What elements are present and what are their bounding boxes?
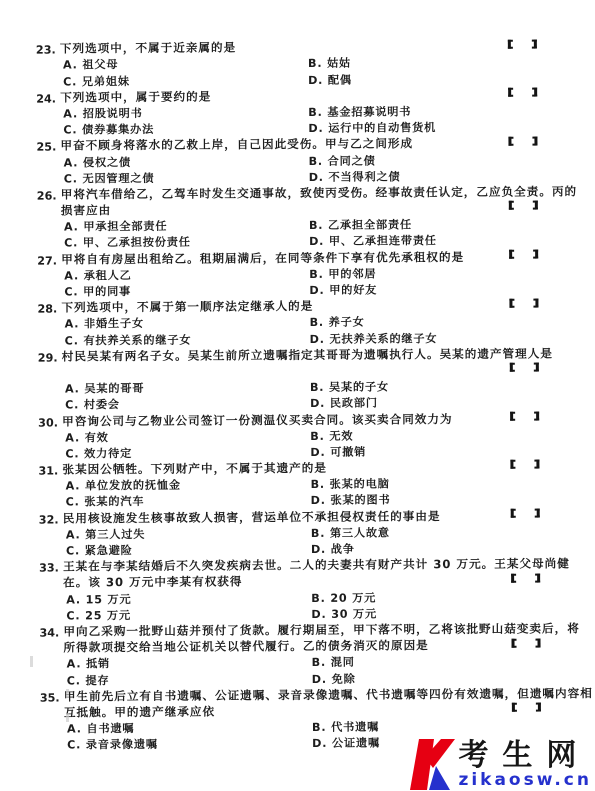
option-25-A: A. 侵权之债 [64, 152, 309, 169]
option-24-A: A. 招股说明书 [63, 104, 308, 121]
option-25-B: B. 合同之债 [309, 151, 564, 169]
question-23-options-row-2: C. 兄弟姐妹D. 配偶 [36, 70, 563, 89]
answer-brackets [509, 246, 538, 264]
option-30-B: B. 无效 [310, 426, 565, 444]
question-stem-text: 下列选项中，不属于第一顺序法定继承人的是 [61, 298, 313, 316]
question-number: 23. [36, 44, 60, 57]
option-28-A: A. 非婚生子女 [65, 314, 310, 331]
question-32: 32.民用核设施发生核事故致人损害，营运单位不承担侵权责任的事由是A. 第三人过… [39, 507, 566, 559]
logo-text-block: 考生网 zikaosw.cn [458, 741, 592, 790]
answer-brackets [508, 84, 537, 102]
question-stem-text: 甲奋不顾身将落水的乙救上岸，自己因此受伤。甲与乙之间形成 [60, 136, 413, 154]
answer-brackets [508, 36, 537, 54]
option-34-A: A. 抵销 [67, 654, 312, 671]
option-33-D: D. 30 万元 [311, 604, 566, 622]
question-25: 25.甲奋不顾身将落水的乙救上岸，自己因此受伤。甲与乙之间形成A. 侵权之债B.… [36, 135, 563, 187]
answer-brackets [511, 505, 540, 523]
bracket-open-icon [508, 88, 513, 97]
option-33-B: B. 20 万元 [311, 588, 566, 606]
answer-brackets [510, 456, 539, 474]
scan-artifact [66, 689, 69, 698]
scan-artifact [30, 656, 33, 667]
option-27-A: A. 承租人乙 [64, 266, 309, 283]
bracket-open-icon [512, 703, 517, 712]
option-32-C: C. 紧急避险 [66, 541, 311, 558]
question-31: 31.张某因公牺牲。下列财产中，不属于其遗产的是A. 单位发放的抚恤金B. 张某… [38, 458, 565, 510]
question-30-options-row-2: C. 效力待定D. 可撤销 [38, 442, 565, 461]
bracket-open-icon [511, 573, 516, 582]
question-33: 33.王某在与李某结婚后不久突发疾病去世。二人的夫妻共有财产共计 30 万元。王… [39, 555, 566, 623]
option-33-C: C. 25 万元 [66, 606, 311, 623]
option-34-C: C. 提存 [67, 670, 312, 687]
question-28: 28.下列选项中，不属于第一顺序法定继承人的是A. 非婚生子女B. 养子女C. … [37, 296, 564, 348]
question-33-stem-line-1: 33.王某在与李某结婚后不久突发疾病去世。二人的夫妻共有财产共计 30 万元。王… [39, 555, 566, 574]
question-number: 24. [36, 92, 60, 105]
option-31-B: B. 张某的电脑 [310, 475, 565, 493]
question-stem-text: 下列选项中，属于要约的是 [60, 88, 211, 105]
question-26: 26.甲将汽车借给乙，乙驾车时发生交通事故，致使丙受伤。经事故责任认定，乙应负全… [37, 183, 564, 251]
answer-brackets [510, 408, 539, 426]
bracket-close-icon [534, 411, 539, 420]
bracket-close-icon [535, 573, 540, 582]
question-31-options-row-2: C. 张某的汽车D. 张某的图书 [39, 491, 566, 510]
option-29-B: B. 吴某的子女 [310, 378, 565, 396]
question-number: 27. [37, 254, 61, 267]
answer-brackets [509, 295, 538, 313]
option-24-C: C. 债券募集办法 [63, 120, 308, 137]
option-33-A: A. 15 万元 [66, 590, 311, 607]
question-26-options-row-2: C. 甲、乙承担按份责任D. 甲、乙承担连带责任 [37, 232, 564, 251]
question-number: 28. [37, 303, 61, 316]
question-35-stem-line-1: 35.甲生前先后立有自书遗嘱、公证遗嘱、录音录像遗嘱、代书遗嘱等四份有效遗嘱，但… [40, 685, 567, 704]
question-29: 29.村民吴某有两名子女。吴某生前所立遗嘱指定其哥哥为遗嘱执行人。吴某的遗产管理… [38, 345, 565, 413]
option-23-B: B. 姑姑 [308, 54, 563, 72]
question-24-options-row-2: C. 债券募集办法D. 运行中的自动售货机 [36, 118, 563, 137]
logo-domain: zikaosw.cn [458, 772, 592, 789]
answer-brackets [508, 133, 537, 151]
question-27-options-row-2: C. 甲的同事D. 甲的好友 [37, 280, 564, 299]
question-stem-text: 甲向乙采购一批野山菇并预付了货款。履行期届至，甲下落不明，乙将该批野山菇变卖后，… [63, 620, 579, 639]
bracket-close-icon [535, 638, 540, 647]
bracket-close-icon [533, 250, 538, 259]
answer-brackets [511, 634, 540, 652]
option-29-A: A. 吴某的哥哥 [65, 379, 310, 396]
bracket-open-icon [508, 136, 513, 145]
bracket-close-icon [534, 460, 539, 469]
zikaosw-logo: 考生网 zikaosw.cn [410, 739, 592, 790]
question-stem-text: 甲将汽车借给乙，乙驾车时发生交通事故，致使丙受伤。经事故责任认定，乙应负全责。丙… [61, 183, 577, 202]
option-26-B: B. 乙承担全部责任 [309, 216, 564, 234]
option-30-C: C. 效力待定 [65, 444, 310, 461]
answer-brackets [512, 699, 541, 717]
question-stem-text: 在。该 30 万元中李某有权获得 [39, 574, 242, 591]
option-32-B: B. 第三人故意 [311, 523, 566, 541]
option-29-C: C. 村委会 [65, 395, 310, 412]
bracket-open-icon [510, 363, 515, 372]
option-35-A: A. 自书遗嘱 [67, 719, 312, 736]
question-number: 29. [38, 351, 62, 364]
question-27: 27.甲将自有房屋出租给乙。租期届满后，在同等条件下享有优先承租权的是A. 承租… [37, 248, 564, 300]
question-number: 26. [37, 189, 61, 202]
question-29-stem-line-1: 29.村民吴某有两名子女。吴某生前所立遗嘱指定其哥哥为遗嘱执行人。吴某的遗产管理… [38, 345, 565, 364]
bracket-open-icon [509, 298, 514, 307]
option-27-B: B. 甲的邻居 [309, 264, 564, 282]
bracket-open-icon [511, 509, 516, 518]
question-number: 32. [39, 513, 63, 526]
question-stem-text: 张某因公牺牲。下列财产中，不属于其遗产的是 [62, 460, 327, 478]
question-26-stem-line-1: 26.甲将汽车借给乙，乙驾车时发生交通事故，致使丙受伤。经事故责任认定，乙应负全… [37, 183, 564, 202]
answer-brackets [510, 359, 539, 377]
option-26-C: C. 甲、乙承担按份责任 [64, 233, 309, 250]
option-31-C: C. 张某的汽车 [66, 492, 311, 509]
option-27-C: C. 甲的同事 [64, 282, 309, 299]
option-30-A: A. 有效 [65, 428, 310, 445]
option-31-A: A. 单位发放的抚恤金 [65, 476, 310, 493]
bracket-open-icon [510, 460, 515, 469]
answer-brackets [511, 570, 540, 588]
option-23-C: C. 兄弟姐妹 [63, 72, 308, 89]
exam-page: 23.下列选项中，不属于近亲属的是A. 祖父母B. 姑姑C. 兄弟姐妹D. 配偶… [0, 0, 595, 791]
bracket-close-icon [535, 509, 540, 518]
option-24-B: B. 基金招募说明书 [308, 102, 563, 120]
bracket-open-icon [510, 412, 515, 421]
bracket-close-icon [533, 201, 538, 210]
option-26-A: A. 甲承担全部责任 [64, 217, 309, 234]
question-29-options-row-2: C. 村委会D. 民政部门 [38, 394, 565, 413]
option-28-D: D. 无扶养关系的继子女 [310, 329, 565, 347]
question-number: 33. [39, 562, 63, 575]
question-stem-text: 下列选项中，不属于近亲属的是 [60, 40, 236, 57]
bracket-open-icon [508, 39, 513, 48]
bracket-close-icon [532, 88, 537, 97]
option-25-C: C. 无因管理之债 [64, 169, 309, 186]
question-number: 25. [36, 141, 60, 154]
option-28-C: C. 有扶养关系的继子女 [65, 331, 310, 348]
scan-artifact [66, 713, 69, 722]
bracket-open-icon [509, 250, 514, 259]
option-23-A: A. 祖父母 [63, 55, 308, 72]
bracket-close-icon [532, 136, 537, 145]
bracket-close-icon [532, 39, 537, 48]
option-25-D: D. 不当得利之债 [309, 167, 564, 185]
bracket-close-icon [536, 703, 541, 712]
option-35-B: B. 代书遗嘱 [312, 717, 567, 735]
question-stem-text: 村民吴某有两名子女。吴某生前所立遗嘱指定其哥哥为遗嘱执行人。吴某的遗产管理人是 [62, 345, 553, 364]
option-35-C: C. 录音录像遗嘱 [67, 735, 312, 752]
question-34-stem-line-1: 34.甲向乙采购一批野山菇并预付了货款。履行期届至，甲下落不明，乙将该批野山菇变… [39, 620, 566, 639]
bracket-close-icon [533, 298, 538, 307]
bracket-open-icon [511, 638, 516, 647]
question-stem-text: 王某在与李某结婚后不久突发疾病去世。二人的夫妻共有财产共计 30 万元。王某父母… [63, 556, 570, 575]
logo-site-name: 考生网 [458, 741, 592, 771]
bracket-open-icon [509, 201, 514, 210]
option-32-D: D. 战争 [311, 539, 566, 557]
logo-k-icon [410, 739, 455, 790]
question-number: 35. [40, 691, 64, 704]
questions-area: 23.下列选项中，不属于近亲属的是A. 祖父母B. 姑姑C. 兄弟姐妹D. 配偶… [36, 37, 567, 752]
bracket-close-icon [534, 363, 539, 372]
question-number: 31. [38, 465, 62, 478]
option-28-B: B. 养子女 [310, 313, 565, 331]
question-number: 34. [39, 626, 63, 639]
question-30: 30.甲咨询公司与乙物业公司签订一份测温仪买卖合同。该买卖合同效力为A. 有效B… [38, 410, 565, 462]
question-34: 34.甲向乙采购一批野山菇并预付了货款。履行期届至，甲下落不明，乙将该批野山菇变… [39, 620, 566, 688]
option-32-A: A. 第三人过失 [66, 525, 311, 542]
question-number: 30. [38, 416, 62, 429]
question-24: 24.下列选项中，属于要约的是A. 招股说明书B. 基金招募说明书C. 债券募集… [36, 86, 563, 138]
option-34-D: D. 免除 [312, 669, 567, 687]
answer-brackets [509, 197, 538, 215]
question-23: 23.下列选项中，不属于近亲属的是A. 祖父母B. 姑姑C. 兄弟姐妹D. 配偶 [36, 37, 563, 89]
question-stem-text: 损害应由 [37, 202, 111, 218]
option-34-B: B. 混同 [312, 653, 567, 671]
